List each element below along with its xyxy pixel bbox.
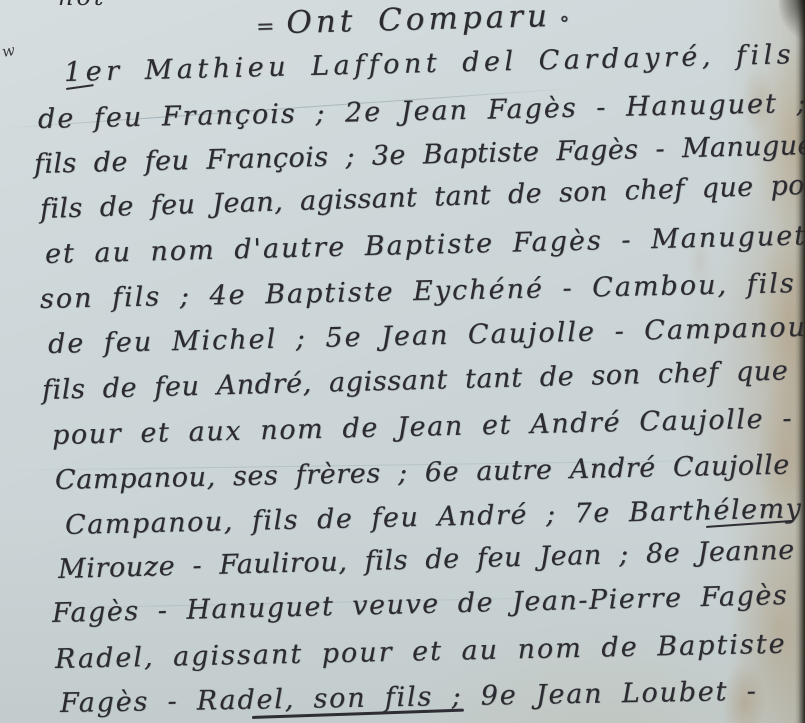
- manuscript-line: Fagès - Hanuguet veuve de Jean-Pierre Fa…: [52, 579, 805, 629]
- manuscript-line: Mirouze - Faulirou, fils de feu Jean ; 8…: [58, 535, 795, 585]
- manuscript-line: Radel, agissant pour et au nom de Baptis…: [55, 629, 787, 675]
- heading-prefix-flourish: =: [248, 14, 287, 40]
- manuscript-line: Campanou, fils de feu André ; 7e Barthél…: [65, 493, 803, 541]
- manuscript-line: pour et aux nom de Jean et André Caujoll…: [52, 403, 794, 451]
- heading-ont-comparu: =Ont Comparu∘: [248, 0, 583, 42]
- manuscript-line: de feu Michel ; 5e Jean Caujolle - Campa…: [48, 312, 805, 360]
- heading-suffix-flourish: ∘: [551, 6, 582, 32]
- top-edge-text-fragment: not: [58, 0, 107, 11]
- manuscript-line: Campanou, ses frères ; 6e autre André Ca…: [55, 449, 805, 496]
- manuscript-line: de feu François ; 2e Jean Fagès - Hanugu…: [38, 88, 805, 135]
- margin-mark: w: [1, 41, 17, 61]
- manuscript-line: fils de feu Jean, agissant tant de son c…: [40, 169, 805, 225]
- manuscript-line: son fils ; 4e Baptiste Eychéné - Cambou,…: [40, 268, 796, 315]
- manuscript-line: fils de feu François ; 3e Baptiste Fagès…: [34, 129, 805, 180]
- manuscript-line: fils de feu André, agissant tant de son …: [42, 355, 789, 406]
- manuscript-page: not w =Ont Comparu∘ 1er Mathieu Laffont …: [0, 0, 805, 723]
- manuscript-line: 1er Mathieu Laffont del Cardayré, fils: [64, 39, 796, 88]
- heading-title: Ont Comparu: [286, 0, 551, 41]
- manuscript-line: et au nom d'autre Baptiste Fagès - Manug…: [45, 220, 805, 270]
